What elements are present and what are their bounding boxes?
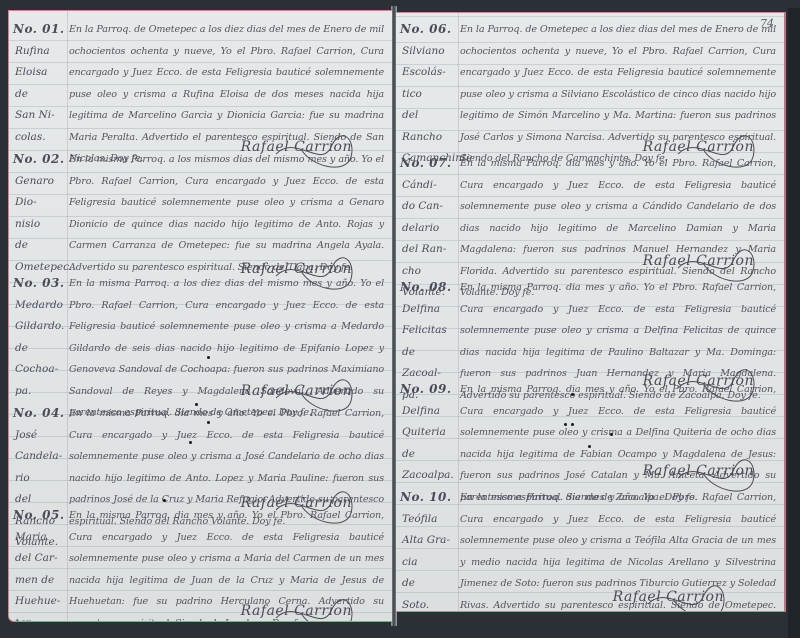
margin-name-line: del Ran- bbox=[400, 239, 454, 261]
signature-text: Rafael Carrion bbox=[643, 463, 754, 479]
margin-name-line: Eloisa bbox=[13, 62, 67, 84]
signature-text: Rafael Carrion bbox=[643, 253, 754, 269]
entry-margin: No. 02. Genaro Dio- nisio de Ometepec. bbox=[13, 149, 67, 278]
priest-signature: Rafael Carrion bbox=[241, 383, 352, 399]
margin-name-line: tico bbox=[400, 84, 454, 106]
ink-spot bbox=[207, 356, 210, 359]
priest-signature: Rafael Carrion bbox=[643, 253, 754, 269]
margin-name-line: nisio bbox=[13, 214, 67, 236]
margin-name-line: del bbox=[400, 105, 454, 127]
entry-number: No. 06. bbox=[400, 19, 454, 41]
margin-name-line: colas. bbox=[13, 127, 67, 149]
entry-number: No. 07. bbox=[400, 153, 454, 175]
margin-name-line: José bbox=[13, 425, 67, 447]
entry-text: En la misma Parroq. a los mismos dias de… bbox=[69, 149, 384, 278]
signature-text: Rafael Carrion bbox=[613, 589, 724, 605]
entry-number: No. 10. bbox=[400, 487, 454, 509]
ink-spot bbox=[610, 433, 613, 436]
ink-spot bbox=[195, 403, 198, 406]
margin-name-line: de bbox=[13, 338, 67, 360]
margin-name-line: Huehue- bbox=[13, 591, 67, 613]
margin-name-line: Dio- bbox=[13, 192, 67, 214]
margin-name-line: Teófila bbox=[400, 509, 454, 531]
right-page: 74 No. 06. Silviano Escolás- tico del Ra… bbox=[396, 12, 786, 612]
ink-spot bbox=[564, 423, 567, 426]
priest-signature: Rafael Carrion bbox=[643, 463, 754, 479]
entry-number: No. 09. bbox=[400, 379, 454, 401]
signature-text: Rafael Carrion bbox=[241, 383, 352, 399]
margin-name-line: Escolás- bbox=[400, 62, 454, 84]
margin-name-line: tan. bbox=[13, 613, 67, 623]
margin-name-line: Genaro bbox=[13, 171, 67, 193]
entry-text: En la misma Parroq. a los diez dias del … bbox=[69, 273, 384, 424]
book-edge bbox=[788, 8, 800, 638]
entry-number: No. 03. bbox=[13, 273, 67, 295]
margin-name-line: Zacoalpa. bbox=[400, 465, 454, 487]
margin-name-line: Delfina bbox=[400, 299, 454, 321]
margin-name-line: pa. bbox=[13, 381, 67, 403]
ink-spot bbox=[588, 445, 591, 448]
entry-margin: No. 10. Teófila Alta Gra- cia de Soto. bbox=[400, 487, 454, 612]
margin-name-line: Alta Gra- bbox=[400, 530, 454, 552]
margin-name-line: de bbox=[400, 342, 454, 364]
margin-name-line: Gildardo. bbox=[13, 316, 67, 338]
entry-number: No. 08. bbox=[400, 277, 454, 299]
margin-name-line: Rancho bbox=[400, 127, 454, 149]
margin-name-line: men de bbox=[13, 570, 67, 592]
margin-name-line: Quiteria bbox=[400, 422, 454, 444]
margin-name-line: Cochoa- bbox=[13, 359, 67, 381]
margin-name-line: Cándi- bbox=[400, 175, 454, 197]
entry-number: No. 04. bbox=[13, 403, 67, 425]
margin-rule bbox=[67, 11, 68, 621]
ink-spot bbox=[189, 441, 192, 444]
entry-margin: No. 05. Maria del Car- men de Huehue- ta… bbox=[13, 505, 67, 622]
entry-number: No. 01. bbox=[13, 19, 67, 41]
entry-margin: No. 01. Rufina Eloisa de San Ni- colas. bbox=[13, 19, 67, 148]
margin-name-line: Maria bbox=[13, 527, 67, 549]
entry-margin: No. 06. Silviano Escolás- tico del Ranch… bbox=[400, 19, 454, 170]
margin-name-line: Soto. bbox=[400, 595, 454, 613]
ink-spot bbox=[571, 423, 574, 426]
entry-margin: No. 03. Medardo Gildardo. de Cochoa- pa. bbox=[13, 273, 67, 402]
margin-name-line: Candela- bbox=[13, 446, 67, 468]
margin-name-line: de bbox=[400, 573, 454, 595]
margin-name-line: de bbox=[13, 84, 67, 106]
margin-name-line: delario bbox=[400, 218, 454, 240]
margin-name-line: rio bbox=[13, 468, 67, 490]
margin-name-line: do Can- bbox=[400, 196, 454, 218]
margin-name-line: de bbox=[400, 444, 454, 466]
margin-name-line: del Car- bbox=[13, 548, 67, 570]
margin-name-line: Silviano bbox=[400, 41, 454, 63]
ink-spot bbox=[207, 421, 210, 424]
entry-margin: No. 09. Delfina Quiteria de Zacoalpa. bbox=[400, 379, 454, 487]
margin-name-line: Delfina bbox=[400, 401, 454, 423]
priest-signature: Rafael Carrion bbox=[613, 589, 724, 605]
margin-name-line: Medardo bbox=[13, 295, 67, 317]
margin-name-line: San Ni- bbox=[13, 105, 67, 127]
ink-spot bbox=[163, 499, 166, 502]
signature-text: Rafael Carrion bbox=[241, 603, 352, 619]
margin-rule bbox=[458, 13, 459, 611]
margin-name-line: Rufina bbox=[13, 41, 67, 63]
left-page: No. 01. Rufina Eloisa de San Ni- colas. … bbox=[8, 10, 392, 622]
entry-number: No. 05. bbox=[13, 505, 67, 527]
priest-signature: Rafael Carrion bbox=[241, 603, 352, 619]
margin-name-line: de bbox=[13, 235, 67, 257]
entry-number: No. 02. bbox=[13, 149, 67, 171]
margin-name-line: Felicitas bbox=[400, 320, 454, 342]
ink-spot bbox=[571, 393, 574, 396]
margin-name-line: cia bbox=[400, 552, 454, 574]
